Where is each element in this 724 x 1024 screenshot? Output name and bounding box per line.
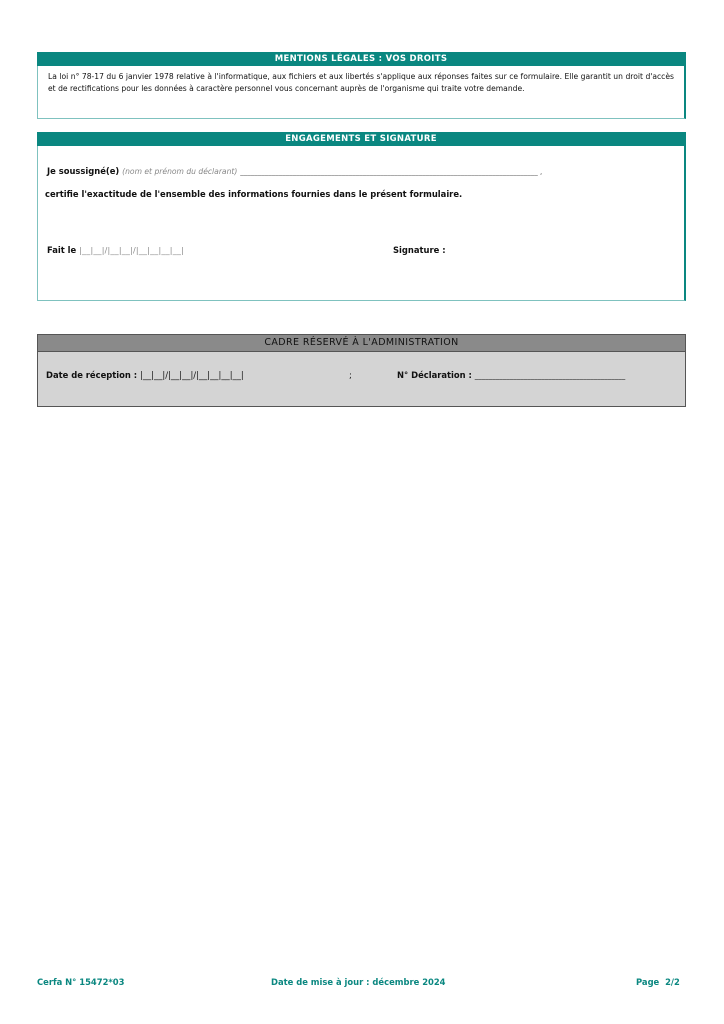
undersigned-row: Je soussigné(e) (nom et prénom du déclar… [47, 166, 542, 176]
legal-notice-text: La loi n° 78-17 du 6 janvier 1978 relati… [38, 66, 684, 95]
certify-statement: certifie l'exactitude de l'ensemble des … [45, 189, 462, 199]
signature-label: Signature : [393, 245, 446, 255]
reception-date-label: Date de réception : [46, 370, 137, 380]
admin-reserved-section: CADRE RÉSERVÉ À L'ADMINISTRATION Date de… [37, 334, 686, 407]
engagement-signature-section: ENGAGEMENTS ET SIGNATURE Je soussigné(e)… [37, 132, 686, 301]
made-on-label: Fait le [47, 245, 76, 255]
signature-area[interactable] [458, 237, 678, 292]
made-on-row: Fait le |__|__|/|__|__|/|__|__|__|__| [47, 245, 184, 255]
declaration-number-field[interactable]: ________________________________________… [475, 372, 626, 380]
declaration-number-label: N° Déclaration : [397, 370, 472, 380]
undersigned-hint: (nom et prénom du déclarant) [122, 167, 237, 176]
footer-update-date: Date de mise à jour : décembre 2024 [271, 977, 446, 987]
footer-form-number: Cerfa N° 15472*03 [37, 977, 124, 987]
separator: ; [349, 370, 352, 380]
made-on-date-field[interactable]: |__|__|/|__|__|/|__|__|__|__| [79, 246, 184, 255]
reception-date-row: Date de réception : |__|__|/|__|__|/|__|… [46, 370, 244, 380]
legal-notice-section: MENTIONS LÉGALES : VOS DROITS La loi n° … [37, 52, 686, 119]
footer-page-number: Page 2/2 [636, 977, 680, 987]
reception-date-field[interactable]: |__|__|/|__|__|/|__|__|__|__| [140, 370, 244, 380]
engagement-title: ENGAGEMENTS ET SIGNATURE [37, 132, 685, 146]
declaration-number-row: N° Déclaration : _______________________… [397, 370, 625, 380]
legal-notice-title: MENTIONS LÉGALES : VOS DROITS [37, 52, 685, 66]
undersigned-label: Je soussigné(e) [47, 166, 119, 176]
admin-title: CADRE RÉSERVÉ À L'ADMINISTRATION [38, 335, 685, 352]
undersigned-name-field[interactable]: ________________________________________… [240, 168, 542, 176]
